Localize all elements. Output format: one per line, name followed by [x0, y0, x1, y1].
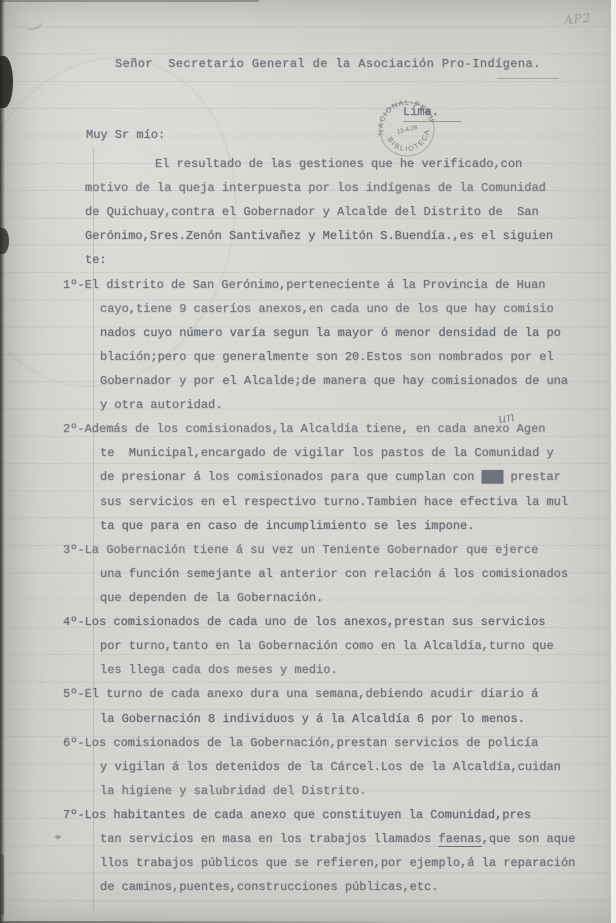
scan-edge-top	[0, 0, 259, 2]
typed-line: llos trabajos públicos que se refieren,p…	[0, 851, 616, 875]
recipient-line: Señor Secretario General de la Asociació…	[115, 57, 541, 71]
typed-line: la higiene y salubridad del Distrito.	[0, 779, 616, 803]
typed-line: y vigilan á los detenidos de la Cárcel.L…	[0, 755, 616, 779]
typed-line: ta que para en caso de incumplimiento se…	[0, 514, 616, 538]
scan-ink-blob	[0, 56, 13, 108]
typed-line: 3º-La Gobernación tiene á su vez un Teni…	[0, 538, 616, 562]
handwritten-inserted-word: un	[497, 410, 516, 428]
typed-line: Gobernador y por el Alcalde;de manera qu…	[0, 369, 616, 393]
salutation-line: Muy Sr mío:	[86, 128, 165, 142]
typed-line: nados cuyo número varía segun la mayor ó…	[0, 321, 616, 345]
typed-line: de Quichuay,contra el Gobernador y Alcal…	[0, 200, 616, 224]
pencil-squiggle	[23, 14, 44, 32]
typed-line: blación;pero que generalmente son 20.Est…	[0, 345, 616, 369]
typed-line: cayo,tiene 9 caseríos anexos,en cada uno…	[0, 297, 616, 321]
typed-line: y otra autoridad.	[0, 393, 616, 417]
typed-line: una función semejante al anterior con re…	[0, 562, 616, 586]
typed-line: por turno,tanto en la Gobernación como e…	[0, 634, 616, 658]
stamp-text-center: 13-4-28	[397, 125, 419, 136]
underlined-word: faenas	[438, 832, 481, 847]
typed-line: la Gobernación 8 individuos y á la Alcal…	[0, 707, 616, 731]
typed-line: Gerónimo,Sres.Zenón Santivañez y Melitón…	[0, 224, 616, 248]
typed-line: de presionar á los comisionados para que…	[0, 465, 616, 489]
typed-line: de caminos,puentes,construcciones públic…	[0, 875, 616, 899]
typed-line: les llega cada dos meses y medio.	[0, 658, 616, 682]
typed-line: tan servicios en masa en los trabajos ll…	[0, 827, 616, 851]
typed-line: 1º-El distrito de San Gerónimo,perteneci…	[0, 273, 616, 297]
typed-line: El resultado de las gestiones que he ver…	[0, 152, 616, 176]
typed-line: 5º-El turno de cada anexo dura una seman…	[0, 682, 616, 706]
typed-line: te Municipal,encargado de vigilar los pa…	[0, 441, 616, 465]
scanned-letter-page: AP2 Señor Secretario General de la Asoci…	[0, 0, 616, 923]
typed-line: sus servicios en el respectivo turno.Tam…	[0, 490, 616, 514]
typed-line: que dependen de la Gobernación.	[0, 586, 616, 610]
typed-line: 6º-Los comisionados de la Gobernación,pr…	[0, 731, 616, 755]
typed-body: El resultado de las gestiones que he ver…	[0, 152, 616, 899]
typed-line: 4º-Los comisionados de cada uno de los a…	[0, 610, 616, 634]
typed-line: 2º-Además de los comisionados,la Alcaldí…	[0, 417, 616, 441]
typed-line: te:	[0, 248, 616, 272]
typed-line: motivo de la queja interpuesta por los i…	[0, 176, 616, 200]
handwritten-corner-mark: AP2	[563, 11, 592, 28]
header-underline	[497, 78, 559, 79]
typed-line: 7º-Los habitantes de cada anexo que cons…	[0, 803, 616, 827]
